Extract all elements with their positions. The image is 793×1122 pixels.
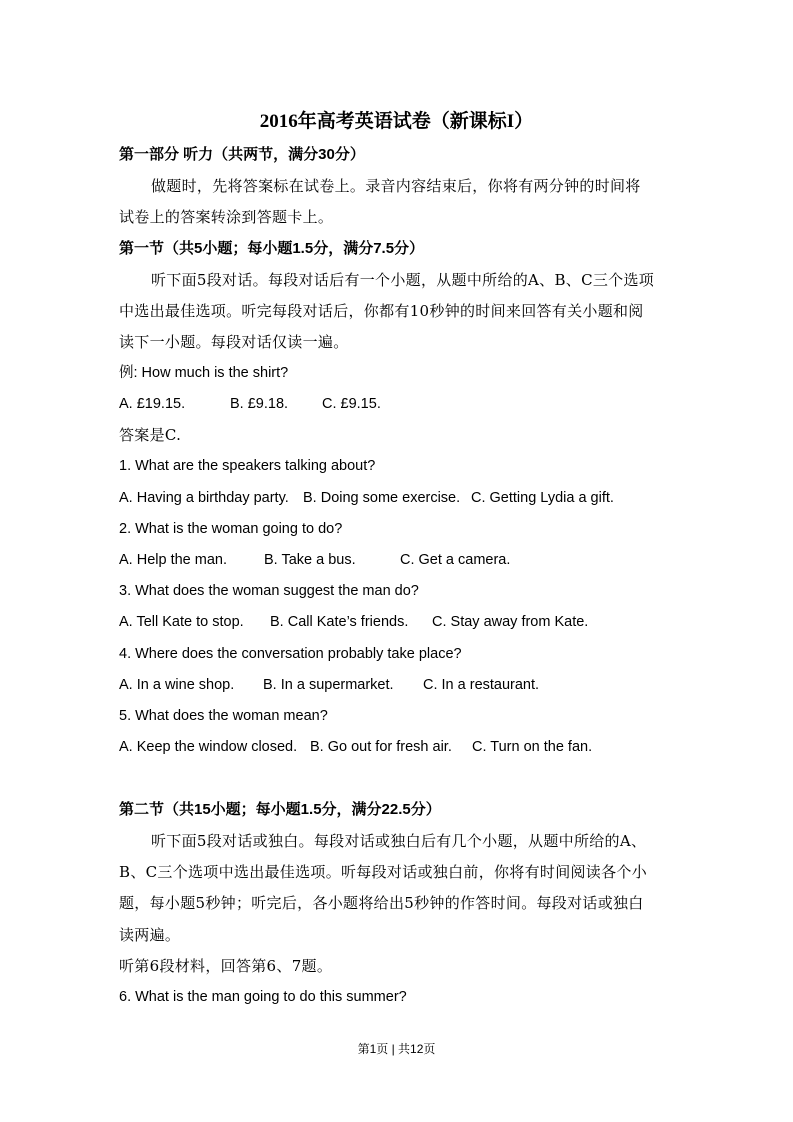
material-6-prompt: 听第6段材料，回答第6、7题。 [119,956,332,976]
question-5: 5. What does the woman mean? [119,706,328,726]
part1-heading: 第一部分 听力（共两节，满分30分） [119,145,365,165]
question-3: 3. What does the woman suggest the man d… [119,581,419,601]
question-4-options: A. In a wine shop.B. In a supermarket.C.… [119,675,539,695]
question-1: 1. What are the speakers talking about? [119,456,375,476]
example-option-a: A. £19.15. [119,394,230,414]
option-b: B. Call Kate’s friends. [270,612,432,632]
option-b: B. Take a bus. [264,550,400,570]
page-footer: 第1页 | 共12页 [0,1040,793,1057]
section2-instruction-line: 读两遍。 [119,925,180,945]
option-c: C. In a restaurant. [423,675,539,695]
part1-instruction-line: 试卷上的答案转涂到答题卡上。 [119,207,333,227]
example-option-b: B. £9.18. [230,394,322,414]
question-6: 6. What is the man going to do this summ… [119,987,407,1007]
section1-instruction-line: 中选出最佳选项。听完每段对话后，你都有10秒钟的时间来回答有关小题和阅 [119,301,644,321]
document-page: 2016年高考英语试卷（新课标I） 第一部分 听力（共两节，满分30分） 做题时… [0,0,793,1122]
section1-heading: 第一节（共5小题；每小题1.5分，满分7.5分） [119,239,424,259]
option-c: C. Getting Lydia a gift. [471,488,614,508]
option-c: C. Get a camera. [400,550,510,570]
option-a: A. Keep the window closed. [119,737,310,757]
option-b: B. Go out for fresh air. [310,737,472,757]
option-a: A. Having a birthday party. [119,488,303,508]
option-a: A. In a wine shop. [119,675,263,695]
section2-instruction-line: 题，每小题5秒钟；听完后，各小题将给出5秒钟的作答时间。每段对话或独白 [119,893,644,913]
example-options: A. £19.15.B. £9.18.C. £9.15. [119,394,381,414]
option-a: A. Help the man. [119,550,264,570]
option-b: B. Doing some exercise. [303,488,471,508]
example-question: 例: How much is the shirt? [119,363,288,383]
section2-heading: 第二节（共15小题；每小题1.5分，满分22.5分） [119,800,441,820]
section1-instruction-line: 读下一小题。每段对话仅读一遍。 [119,332,349,352]
page-title: 2016年高考英语试卷（新课标I） [0,106,793,133]
question-3-options: A. Tell Kate to stop.B. Call Kate’s frie… [119,612,588,632]
question-5-options: A. Keep the window closed.B. Go out for … [119,737,592,757]
option-b: B. In a supermarket. [263,675,423,695]
example-option-c: C. £9.15. [322,394,381,414]
example-answer: 答案是C. [119,425,181,445]
question-1-options: A. Having a birthday party.B. Doing some… [119,488,614,508]
question-2: 2. What is the woman going to do? [119,519,342,539]
question-2-options: A. Help the man.B. Take a bus.C. Get a c… [119,550,510,570]
option-a: A. Tell Kate to stop. [119,612,270,632]
section2-instruction-line: 听下面5段对话或独白。每段对话或独白后有几个小题，从题中所给的A、 [151,831,646,851]
question-4: 4. Where does the conversation probably … [119,644,462,664]
part1-instruction-line: 做题时，先将答案标在试卷上。录音内容结束后，你将有两分钟的时间将 [151,176,641,196]
section1-instruction-line: 听下面5段对话。每段对话后有一个小题，从题中所给的A、B、C三个选项 [151,270,654,290]
section2-instruction-line: B、C三个选项中选出最佳选项。听每段对话或独白前，你将有时间阅读各个小 [119,862,647,882]
option-c: C. Stay away from Kate. [432,612,588,632]
option-c: C. Turn on the fan. [472,737,592,757]
